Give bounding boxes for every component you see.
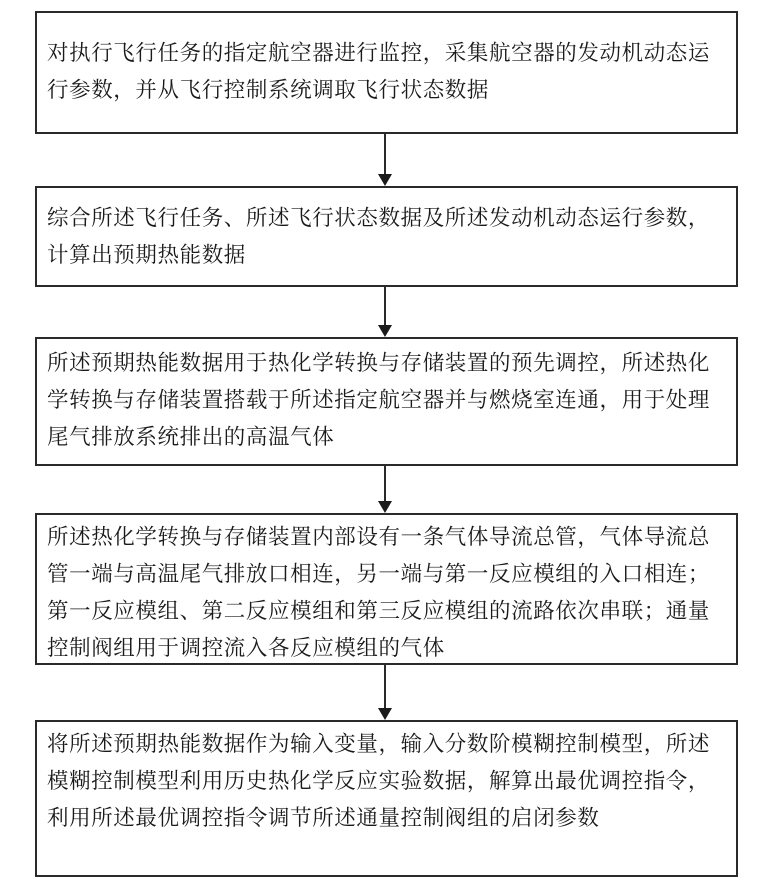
step-2-text: 综合所述飞行任务、所述飞行状态数据及所述发动机动态运行参数，计算出预期热能数据: [47, 200, 726, 274]
step-3-text: 所述预期热能数据用于热化学转换与存储装置的预先调控，所述热化学转换与存储装置搭载…: [47, 345, 726, 456]
step-4-box: 所述热化学转换与存储装置内部设有一条气体导流总管，气体导流总管一端与高温尾气排放…: [35, 513, 738, 665]
arrow-down-icon: [378, 325, 392, 337]
step-4-text: 所述热化学转换与存储装置内部设有一条气体导流总管，气体导流总管一端与高温尾气排放…: [47, 519, 726, 667]
step-1-text: 对执行飞行任务的指定航空器进行监控，采集航空器的发动机动态运行参数，并从飞行控制…: [47, 35, 726, 109]
arrow-down-icon: [378, 708, 392, 720]
arrow-down-icon: [378, 174, 392, 186]
connector-1-2: [384, 134, 386, 174]
step-5-box: 将所述预期热能数据作为输入变量，输入分数阶模糊控制模型，所述模糊控制模型利用历史…: [35, 720, 738, 877]
arrow-down-icon: [378, 501, 392, 513]
step-5-text: 将所述预期热能数据作为输入变量，输入分数阶模糊控制模型，所述模糊控制模型利用历史…: [47, 726, 726, 837]
step-2-box: 综合所述飞行任务、所述飞行状态数据及所述发动机动态运行参数，计算出预期热能数据: [35, 186, 738, 287]
connector-4-5: [384, 665, 386, 708]
step-1-box: 对执行飞行任务的指定航空器进行监控，采集航空器的发动机动态运行参数，并从飞行控制…: [35, 11, 738, 134]
connector-2-3: [384, 287, 386, 325]
step-3-box: 所述预期热能数据用于热化学转换与存储装置的预先调控，所述热化学转换与存储装置搭载…: [35, 337, 738, 466]
connector-3-4: [384, 466, 386, 501]
